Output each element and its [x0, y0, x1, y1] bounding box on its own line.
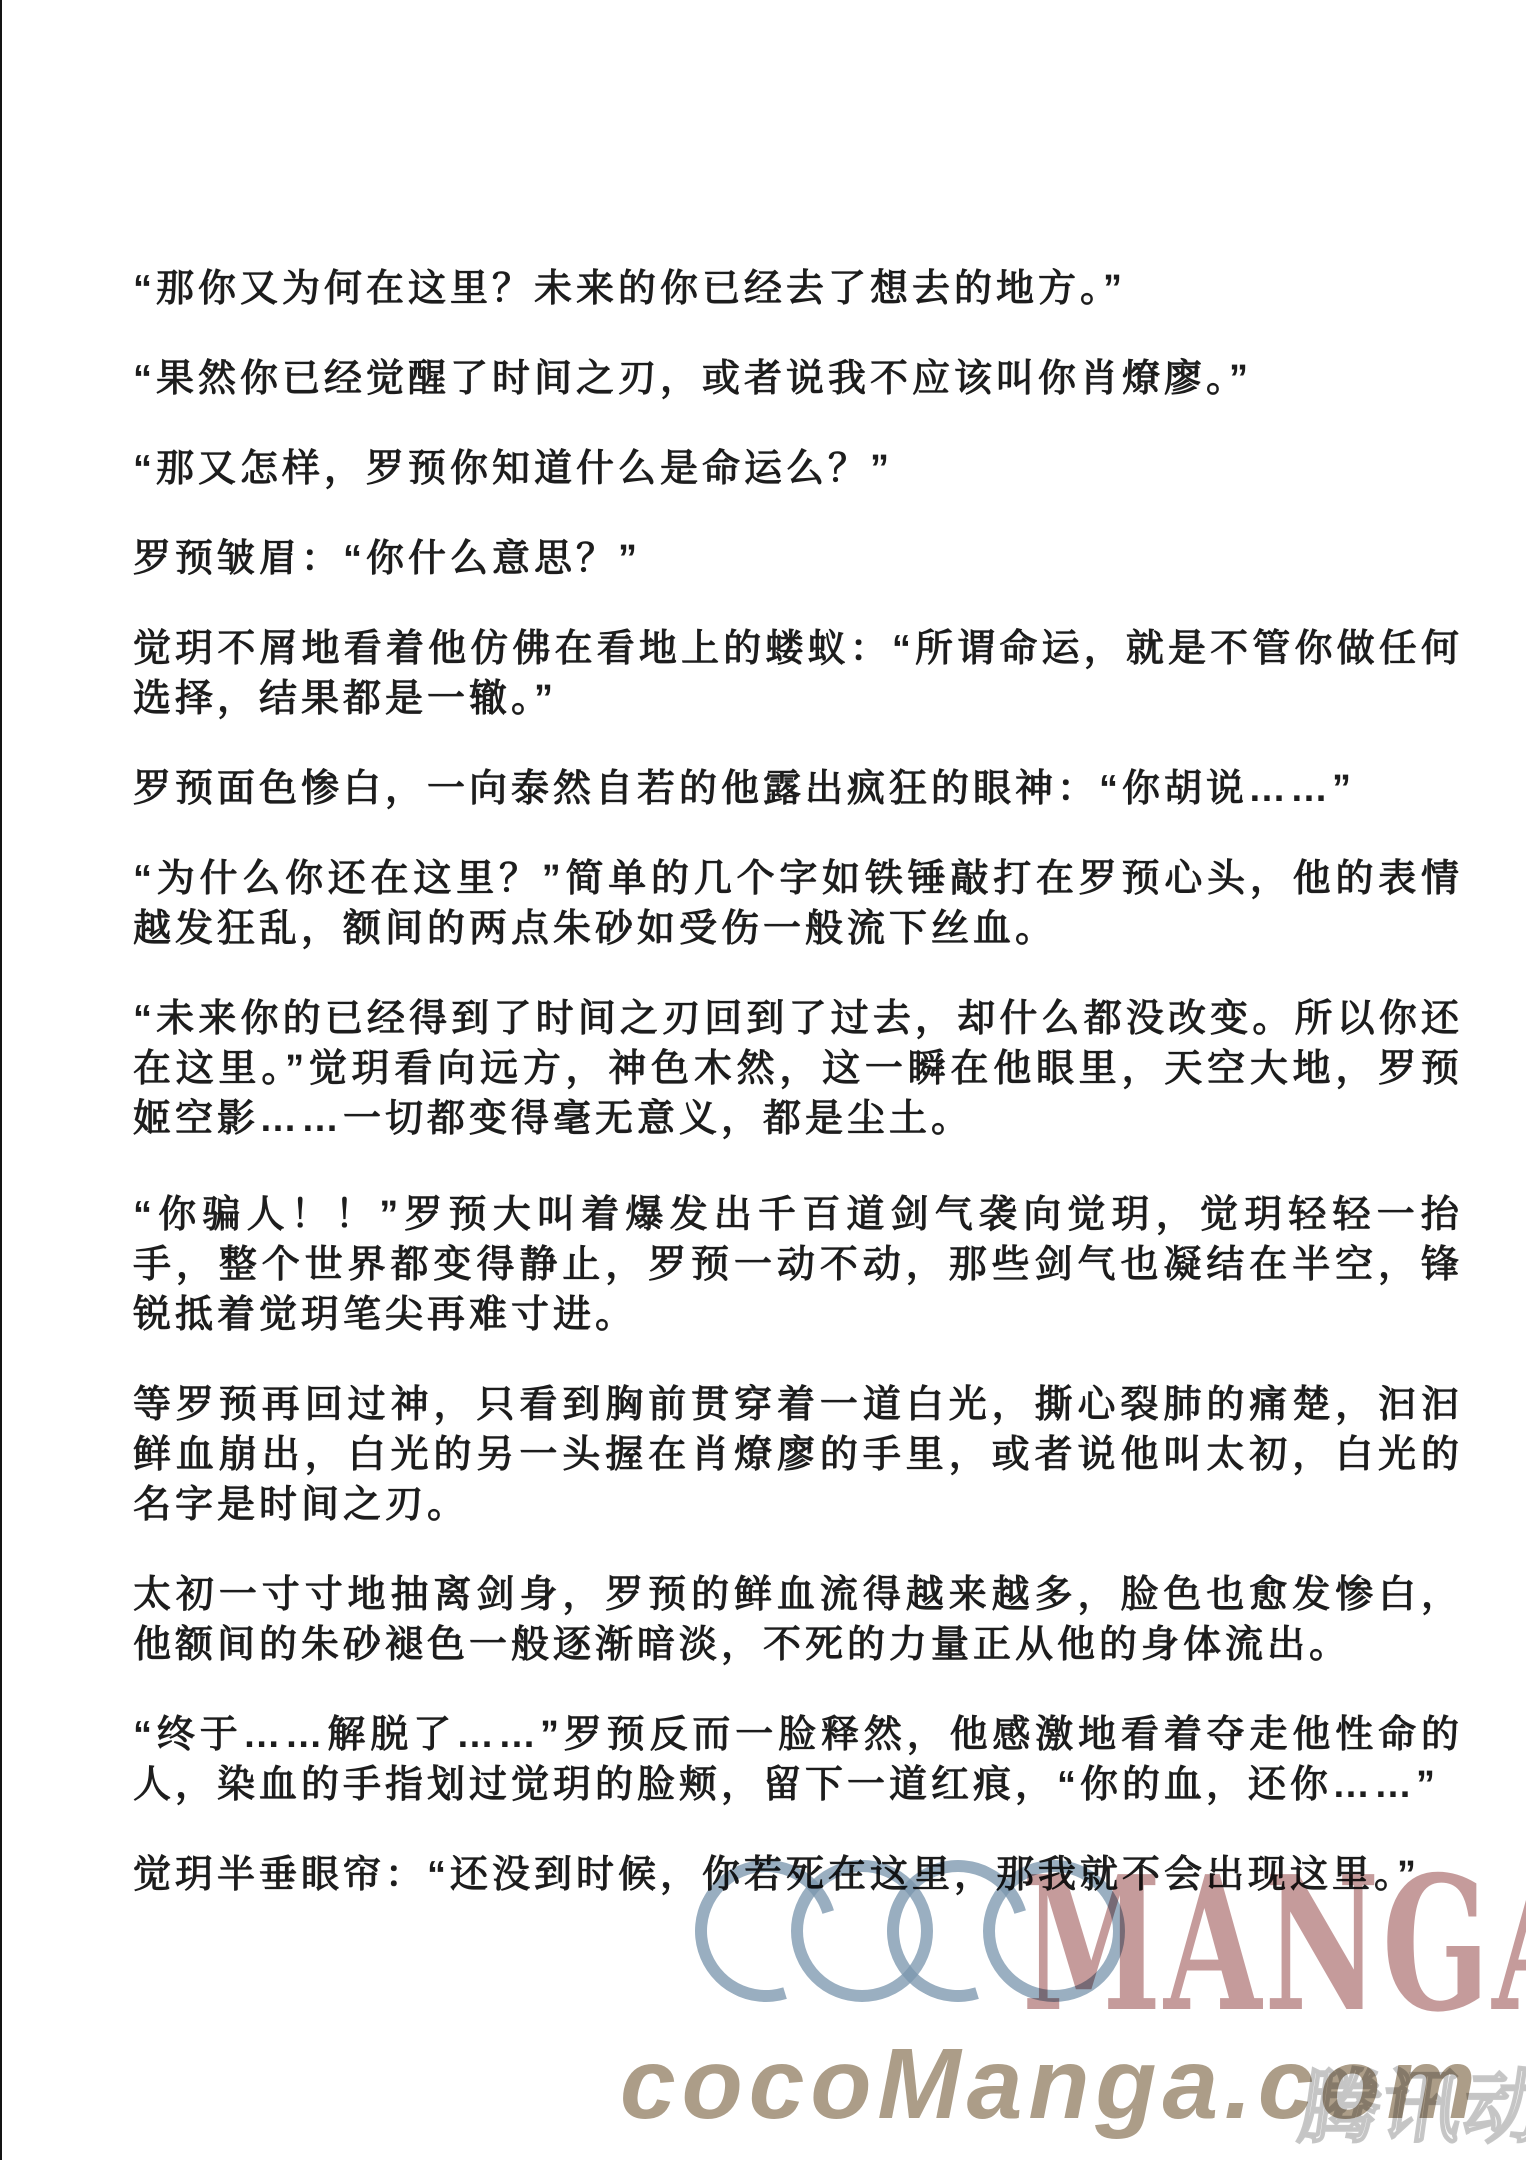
novel-paragraph: 觉玥半垂眼帘：“还没到时候，你若死在这里，那我就不会出现这里。”	[133, 1850, 1463, 1900]
tencent-comics-logo: 腾讯动漫	[1294, 2068, 1526, 2148]
page-left-edge-line	[0, 0, 2, 2160]
novel-paragraph: “你骗人！！”罗预大叫着爆发出千百道剑气袭向觉玥，觉玥轻轻一抬手，整个世界都变得…	[133, 1190, 1463, 1340]
novel-paragraph: 等罗预再回过神，只看到胸前贯穿着一道白光，撕心裂肺的痛楚，汩汩鲜血崩出，白光的另…	[133, 1380, 1463, 1530]
site-url-watermark: cocoManga.com	[620, 2034, 1482, 2134]
novel-paragraph: “终于……解脱了……”罗预反而一脸释然，他感激地看着夺走他性命的人，染血的手指划…	[133, 1710, 1463, 1810]
novel-paragraph: 觉玥不屑地看着他仿佛在看地上的蝼蚁：“所谓命运，就是不管你做任何选择，结果都是一…	[133, 624, 1463, 724]
novel-paragraph: “为什么你还在这里？”简单的几个字如铁锤敲打在罗预心头，他的表情越发狂乱，额间的…	[133, 854, 1463, 954]
novel-paragraph: “那你又为何在这里？未来的你已经去了想去的地方。”	[133, 264, 1463, 314]
novel-paragraph: “果然你已经觉醒了时间之刃，或者说我不应该叫你肖燎廖。”	[133, 354, 1463, 404]
novel-text-block: “那你又为何在这里？未来的你已经去了想去的地方。”“果然你已经觉醒了时间之刃，或…	[133, 264, 1463, 1940]
manga-novel-page: { "page": { "background_color": "#ffffff…	[0, 0, 1526, 2160]
novel-paragraph: “那又怎样，罗预你知道什么是命运么？”	[133, 444, 1463, 494]
novel-paragraph: 太初一寸寸地抽离剑身，罗预的鲜血流得越来越多，脸色也愈发惨白，他额间的朱砂褪色一…	[133, 1570, 1463, 1670]
novel-paragraph: 罗预皱眉：“你什么意思？”	[133, 534, 1463, 584]
novel-paragraph: 罗预面色惨白，一向泰然自若的他露出疯狂的眼神：“你胡说……”	[133, 764, 1463, 814]
novel-paragraph: “未来你的已经得到了时间之刃回到了过去，却什么都没改变。所以你还在这里。”觉玥看…	[133, 994, 1463, 1144]
